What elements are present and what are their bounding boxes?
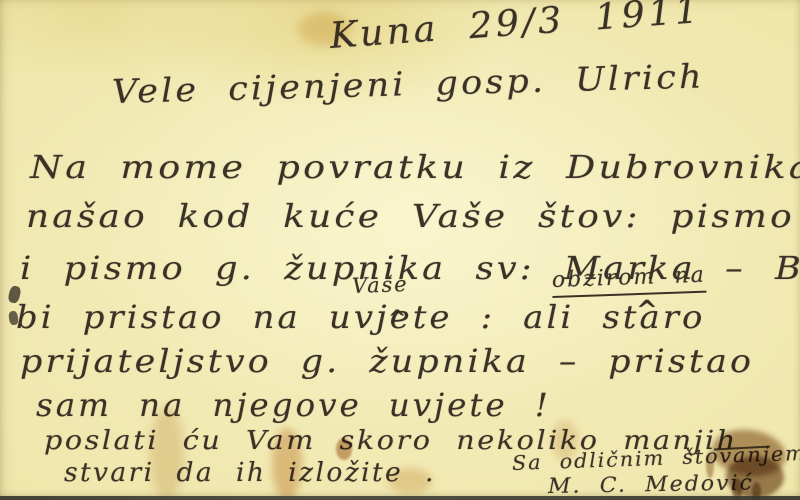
postcard-scan: Kuna 29/3 1911 Vele cijenjeni gosp. Ulri… xyxy=(0,0,800,500)
stain-drip xyxy=(706,452,714,478)
salutation-line: Vele cijenjeni gosp. Ulrich xyxy=(111,56,705,111)
paper-discoloration xyxy=(298,12,350,46)
handwriting-line-4: bi pristao na uvjete : ali staro xyxy=(16,298,706,336)
insertion-obzirom-na: obzirom na xyxy=(551,263,706,298)
rust-spot xyxy=(388,468,432,494)
handwriting-line-1: Na mome povratku iz Dubrovnika xyxy=(30,148,800,186)
caret-mark-2: ^ xyxy=(636,296,658,326)
date-line: Kuna 29/3 1911 xyxy=(329,0,703,57)
caret-mark-1: ^ xyxy=(388,306,406,332)
rust-streak xyxy=(150,406,184,500)
handwriting-line-6: sam na njegove uvjete ! xyxy=(36,386,551,424)
insertion-vase: Vaše xyxy=(352,272,409,298)
rust-spot xyxy=(552,420,578,460)
handwriting-line-8: stvari da ih izložite . xyxy=(64,458,436,488)
rust-spot xyxy=(336,438,352,460)
rust-streak xyxy=(272,428,302,500)
signature: M. C. Medović xyxy=(548,470,754,498)
scan-edge-bottom xyxy=(0,496,800,500)
handwriting-line-5: prijateljstvo g. župnika – pristao xyxy=(20,342,754,380)
handwriting-line-2: našao kod kuće Vaše štov: pismo xyxy=(26,197,795,235)
